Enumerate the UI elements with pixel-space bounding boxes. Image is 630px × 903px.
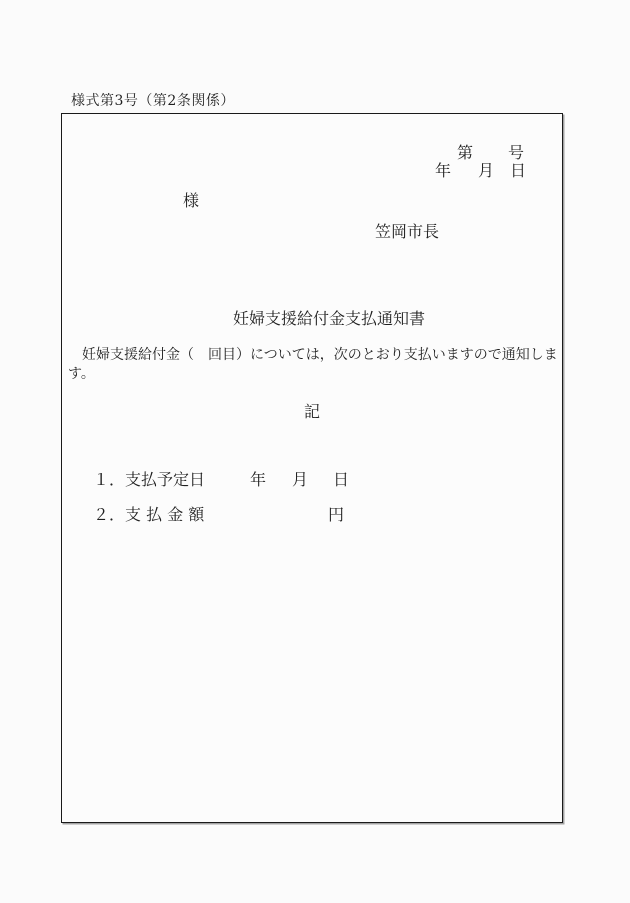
doc-number-prefix: 第 bbox=[457, 143, 473, 163]
item-2-number: ２． bbox=[93, 505, 125, 524]
body-line-1: 妊婦支援給付金（ 回目）については，次のとおり支払いますので通知しま bbox=[68, 346, 560, 365]
document-page: 様式第3号（第2条関係） 第 号 年 月 日 様 笠岡市長 妊婦支援給付金支払通… bbox=[0, 0, 630, 903]
item-payment-date: １．支払予定日 年 月 日 bbox=[93, 470, 393, 492]
item-payment-amount: ２．支 払 金 額 円 bbox=[93, 505, 393, 527]
recipient-honorific: 様 bbox=[183, 191, 199, 211]
body-paragraph: 妊婦支援給付金（ 回目）については，次のとおり支払いますので通知しま す。 bbox=[68, 346, 560, 384]
item-1-unit-day: 日 bbox=[333, 470, 349, 490]
document-title: 妊婦支援給付金支払通知書 bbox=[233, 309, 425, 329]
form-number-label: 様式第3号（第2条関係） bbox=[71, 90, 235, 110]
sender-name: 笠岡市長 bbox=[375, 222, 439, 242]
item-1-number: １． bbox=[93, 470, 125, 489]
item-1-unit-year: 年 bbox=[250, 470, 266, 490]
record-marker: 記 bbox=[62, 402, 562, 422]
date-month-label: 月 bbox=[478, 161, 494, 181]
document-frame: 第 号 年 月 日 様 笠岡市長 妊婦支援給付金支払通知書 妊婦支援給付金（ 回… bbox=[61, 113, 563, 823]
date-day-label: 日 bbox=[510, 161, 526, 181]
item-1-label: 支払予定日 bbox=[125, 470, 205, 489]
doc-number-suffix: 号 bbox=[508, 143, 524, 163]
date-year-label: 年 bbox=[435, 161, 451, 181]
item-1-unit-month: 月 bbox=[292, 470, 308, 490]
item-2-unit-yen: 円 bbox=[328, 505, 344, 525]
item-2-label: 支 払 金 額 bbox=[125, 505, 204, 524]
body-line-2: す。 bbox=[68, 365, 560, 384]
